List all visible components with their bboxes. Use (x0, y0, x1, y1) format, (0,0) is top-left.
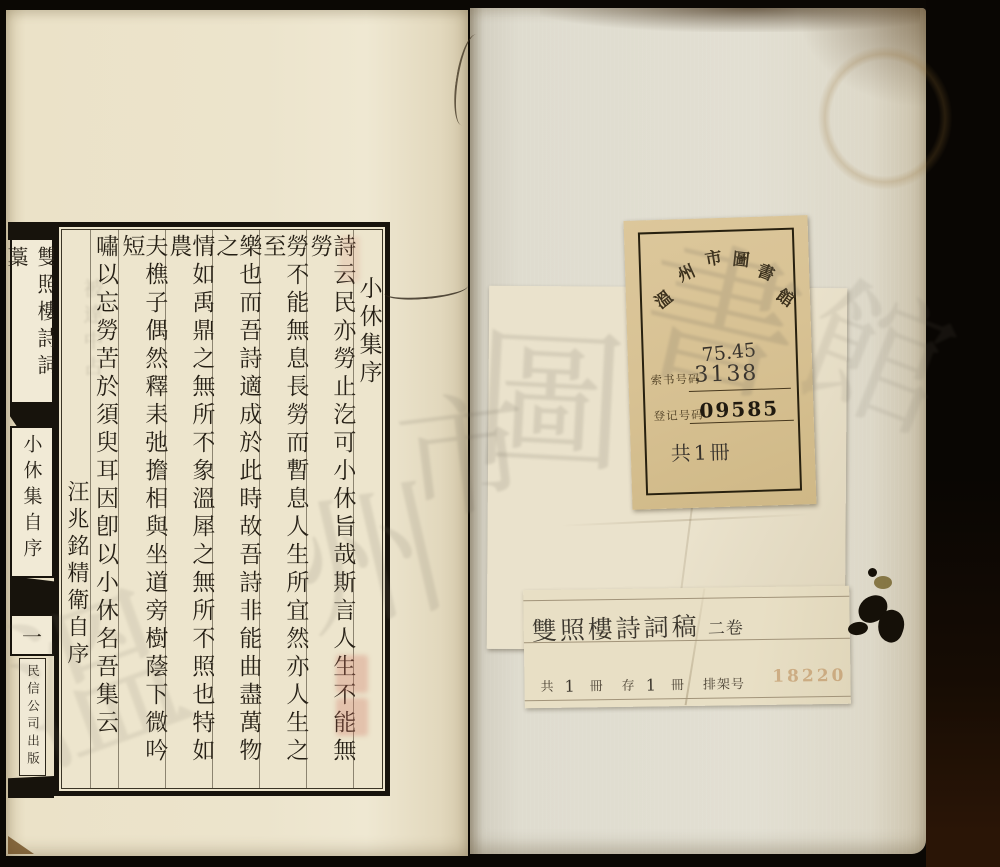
column-6-text: 夫樵子偶然釋耒弛擔相與坐道旁樹蔭下微吟短 (119, 234, 165, 788)
column-4-text: 樂也而吾詩適成於此時故吾詩非能曲盡萬物之 (213, 234, 259, 788)
accession-label: 登记号码 (653, 407, 703, 425)
slip-field-unit1: 冊 (590, 679, 604, 694)
ink-dot (868, 568, 877, 577)
book-title-text: 雙照樓詩詞藁 (2, 240, 62, 402)
edge-label-section-title: 小休集自序 (10, 426, 54, 578)
slip-count-row: 共1冊存1冊排架号 (540, 673, 745, 695)
slip-value-total: 1 (564, 677, 575, 696)
text-columns: 小休集序 詩云民亦勞止汔可小休旨哉斯言人生不能無勞 勞不能無息長勞而暫息人生所宜… (62, 230, 382, 788)
seal-impression-1 (336, 655, 368, 693)
rule-line-1 (523, 596, 849, 602)
slip-stamp-number: 18220 (772, 666, 846, 687)
corner-fold (8, 836, 34, 854)
page-number-text: 一 (22, 621, 42, 650)
column-3: 勞不能無息長勞而暫息人生所宜然亦人生之至 (259, 230, 306, 788)
ink-blob (847, 621, 869, 637)
show-through-glyphs: 被達中占 (78, 278, 107, 382)
volume-note: 共1冊 (670, 436, 733, 467)
library-label: 溫 州 市 圖 書 館 75.45 3138 索书号码 登记号码 09585 共… (624, 215, 817, 510)
left-page: 雙照樓詩詞藁 小休集自序 一 民信公司出版 小休集序 詩云民亦勞止汔可小休旨哉斯… (6, 10, 468, 856)
frame-inner-border: 小休集序 詩云民亦勞止汔可小休旨哉斯言人生不能無勞 勞不能無息長勞而暫息人生所宜… (61, 229, 383, 789)
library-name-char-4: 圖 (731, 244, 751, 271)
edge-strip-black-wedge-1 (10, 402, 54, 428)
accession-number: 09585 (699, 396, 779, 422)
edge-label-book-title: 雙照樓詩詞藁 (10, 238, 54, 404)
publisher-strip: 民信公司出版 (19, 658, 46, 776)
ring-stain (810, 38, 960, 198)
slip-field-unit2: 冊 (671, 678, 685, 693)
slip-value-kept: 1 (646, 675, 657, 694)
column-5-text: 情如禹鼎之無所不象溫犀之無所不照也特如農 (166, 234, 212, 788)
column-6: 夫樵子偶然釋耒弛擔相與坐道旁樹蔭下微吟短 (118, 230, 165, 788)
column-5: 情如禹鼎之無所不象溫犀之無所不照也特如農 (165, 230, 212, 788)
page-number-box: 一 (10, 614, 54, 656)
column-3-text: 勞不能無息長勞而暫息人生所宜然亦人生之至 (260, 234, 306, 788)
edge-strip-black-bar-bottom (8, 776, 54, 798)
seal-impression-2 (336, 698, 368, 736)
slip-volumes-text: 二卷 (708, 618, 745, 639)
slip-title-text: 雙照樓詩詞稿 (531, 612, 700, 646)
ink-smudge (874, 576, 892, 589)
slip-handwritten-title: 雙照樓詩詞稿二卷 (531, 605, 744, 648)
section-title-text: 小休集自序 (19, 428, 46, 564)
call-number-line2: 3138 (694, 361, 759, 388)
slip-field-total: 共 (540, 680, 554, 695)
right-page: 溫 州 市 圖 書 館 75.45 3138 索书号码 登记号码 09585 共… (470, 8, 926, 854)
call-number-label: 索书号码 (650, 371, 700, 389)
show-through-text: 被達中占 (78, 278, 107, 382)
edge-strip-black-wedge-2 (10, 576, 54, 614)
publisher-text: 民信公司出版 (24, 659, 42, 775)
slip-crease-horizontal (559, 514, 809, 527)
slip-field-kept: 存 (622, 679, 636, 694)
seal-impression-3 (340, 236, 360, 282)
ruled-slip: 雙照樓詩詞稿二卷 共1冊存1冊排架号 18220 (523, 586, 851, 709)
book-spread-photo: 雙照樓詩詞藁 小休集自序 一 民信公司出版 小休集序 詩云民亦勞止汔可小休旨哉斯… (0, 0, 1000, 867)
column-4: 樂也而吾詩適成於此時故吾詩非能曲盡萬物之 (212, 230, 259, 788)
slip-field-shelf: 排架号 (703, 677, 745, 693)
